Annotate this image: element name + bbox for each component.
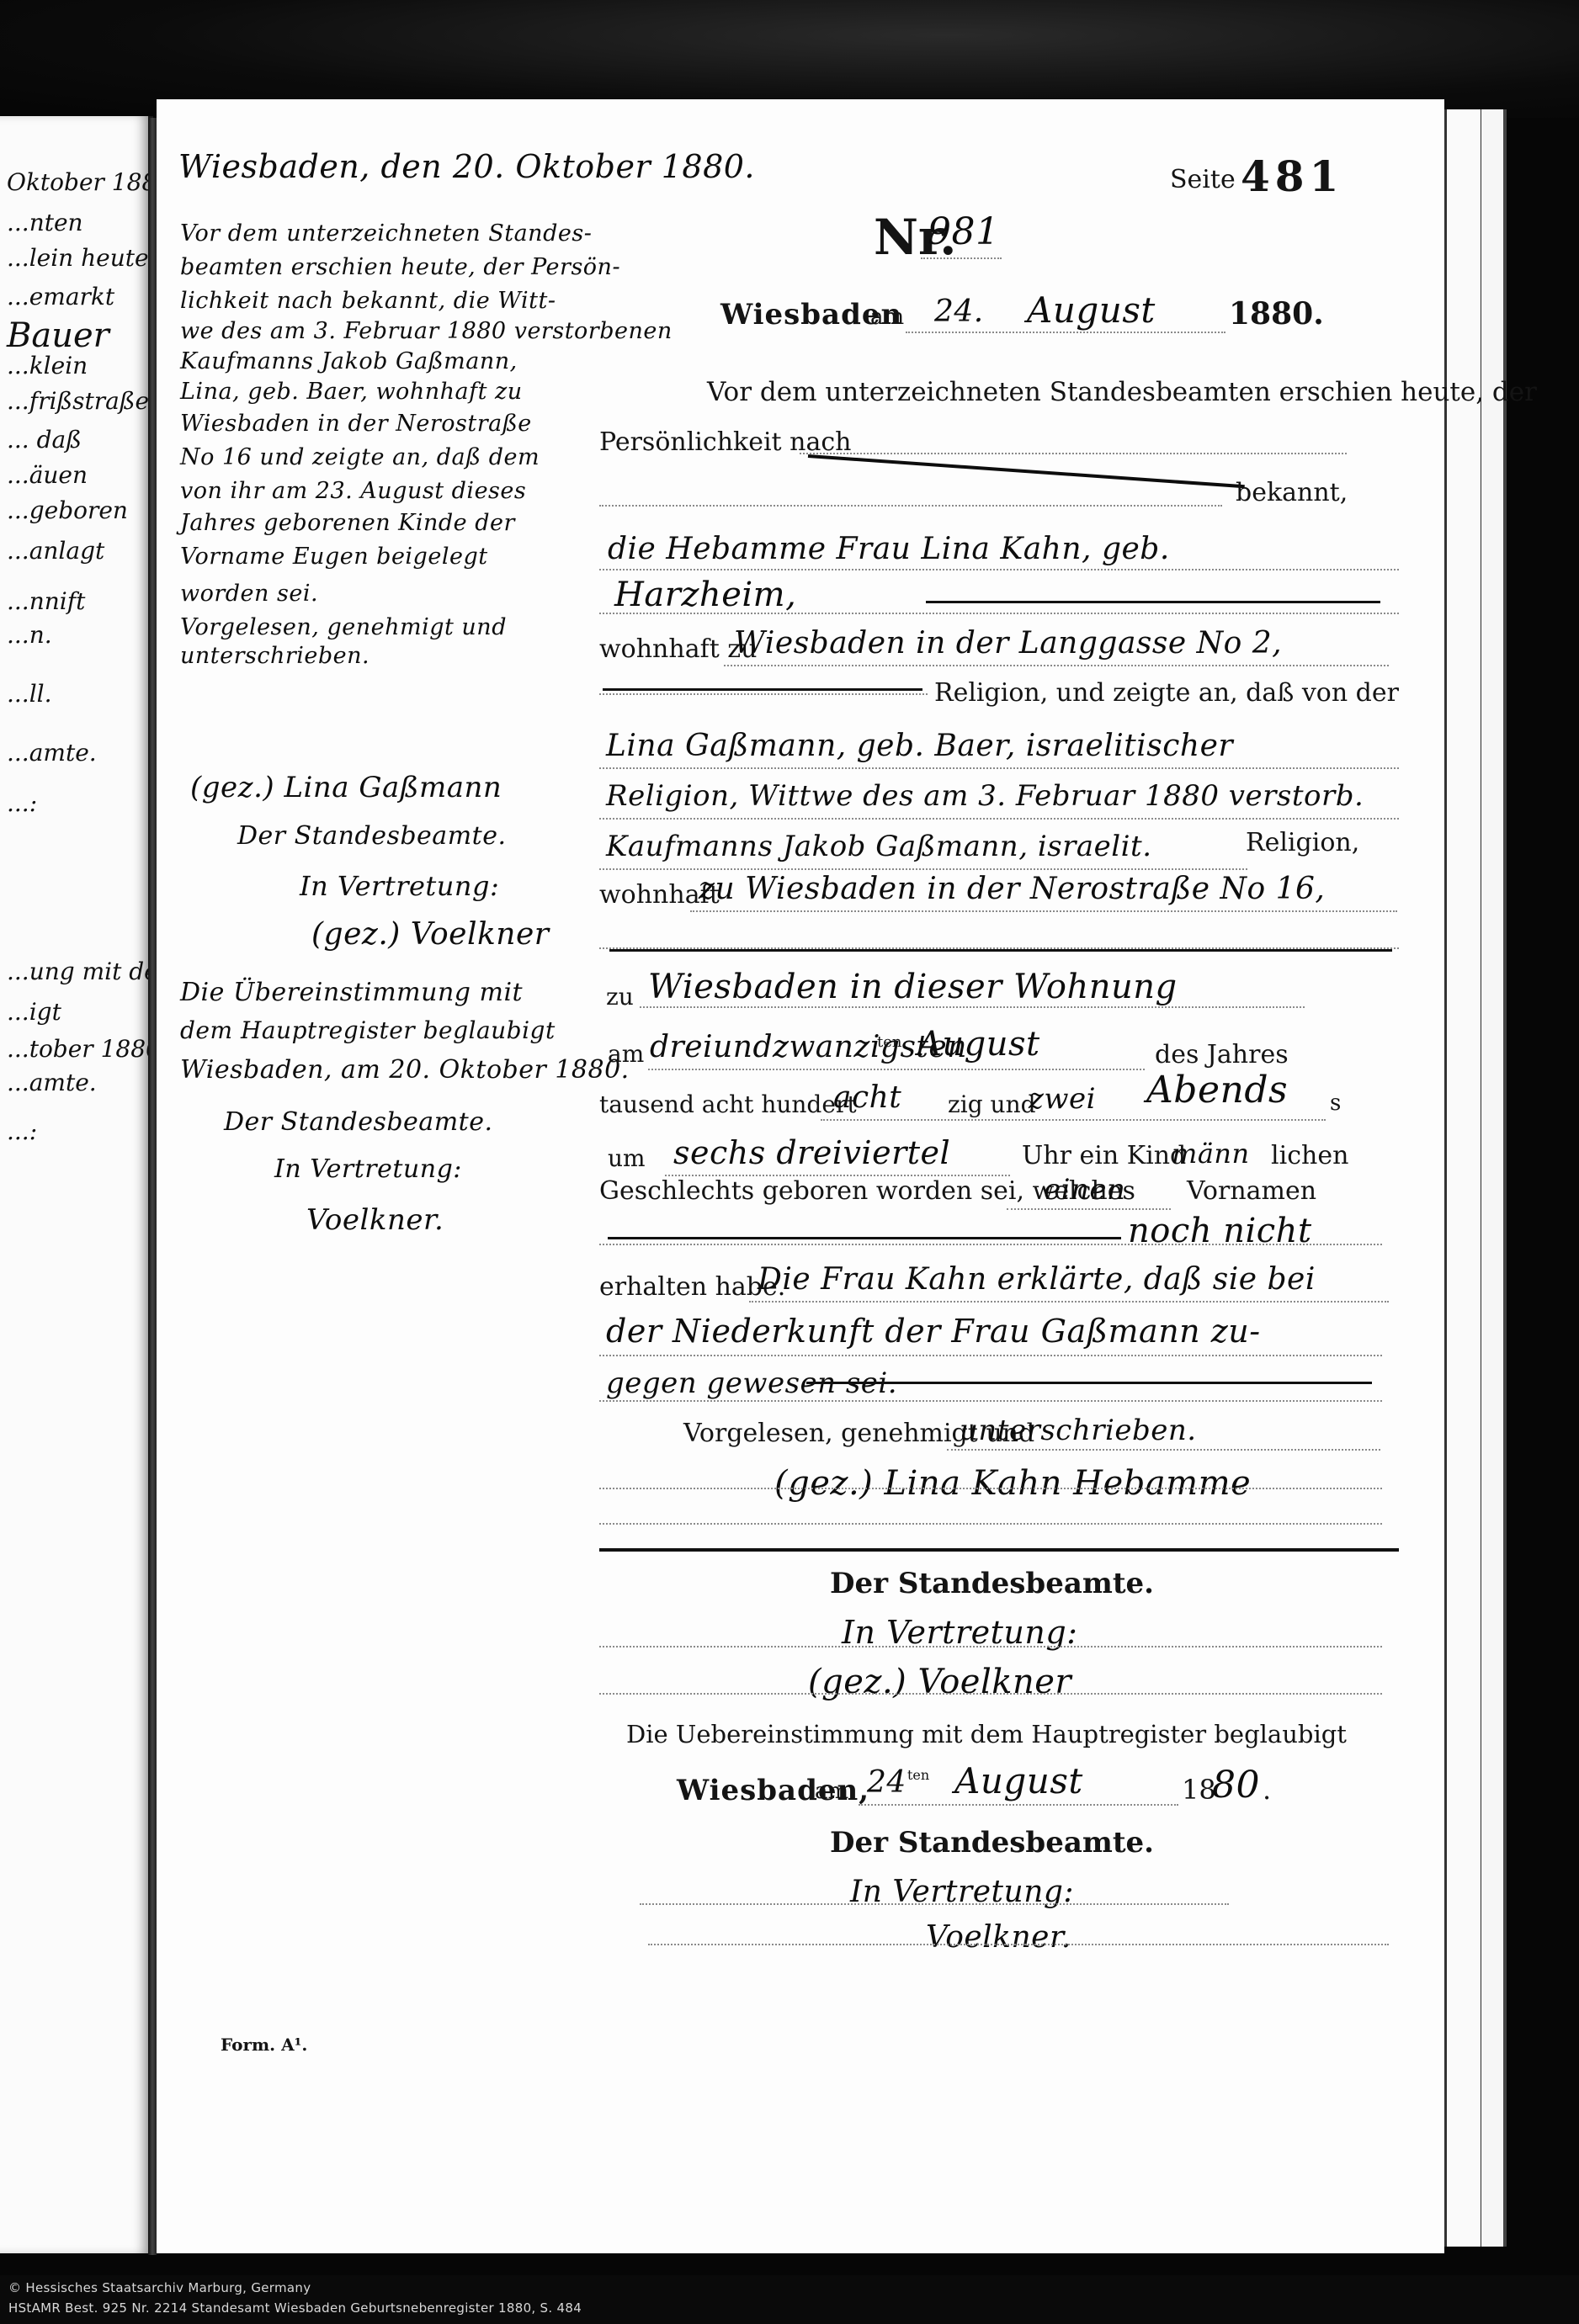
year-tens-word: acht (833, 1080, 901, 1115)
margin-note-signature-official: (gez.) Voelkner (311, 917, 550, 952)
book-gutter (148, 118, 157, 2255)
margin-note-line: Jahres geborenen Kinde der (180, 510, 515, 536)
left-page-fragment: ...: (7, 1117, 37, 1145)
margin-note-line: Vor dem unterzeichneten Standes- (180, 220, 592, 247)
margin-note-cert-line: dem Hauptregister beglaubigt (180, 1016, 556, 1044)
certification-date-rule (859, 1804, 1178, 1806)
official-signature: (gez.) Voelkner (808, 1663, 1071, 1701)
margin-note-cert-signature: Voelkner. (306, 1203, 444, 1237)
persoenlichkeit-line (800, 453, 1347, 454)
left-page-fragment: ...äuen (7, 461, 88, 489)
vornamen-value: einen (1044, 1173, 1125, 1207)
bekannt-line (599, 505, 1222, 507)
certification-year-dot: . (1263, 1774, 1271, 1806)
header-am: am (870, 305, 904, 330)
left-page-fragment: ...nten (7, 209, 83, 236)
birth-day-rule (648, 1069, 1145, 1070)
uhr-kind-label: Uhr ein Kind (1022, 1141, 1186, 1170)
tausend-label: tausend acht hundert (599, 1090, 857, 1118)
birth-month: August (917, 1025, 1040, 1064)
name-blank-strike (608, 1237, 1121, 1239)
left-page-fragment: ...igt (7, 998, 61, 1026)
archive-footer: © Hessisches Staatsarchiv Marburg, Germa… (0, 2275, 1579, 2324)
certification-month: August (954, 1760, 1083, 1801)
remark-line3-strike (806, 1382, 1372, 1384)
margin-note-line: Kaufmanns Jakob Gaßmann, (180, 348, 518, 374)
left-page-fragment: ...klein (7, 352, 88, 379)
left-page-fragment: Bauer (7, 316, 109, 355)
margin-note-line: No 16 und zeigte an, daß dem (180, 444, 540, 470)
informant-religion-strike (603, 688, 922, 691)
vornamen-rule (1007, 1208, 1171, 1210)
form-id: Form. A¹. (221, 2035, 307, 2055)
informant-line1 (599, 569, 1399, 570)
margin-note-cert-line: Die Übereinstimmung mit (180, 978, 523, 1007)
official-rule2 (599, 1693, 1382, 1695)
year-rule (821, 1119, 1326, 1121)
footer-reference: HStAMR Best. 925 Nr. 2214 Standesamt Wie… (8, 2300, 582, 2316)
margin-note-signature-informant: (gez.) Lina Gaßmann (190, 771, 502, 804)
birth-place: Wiesbaden in dieser Wohnung (648, 968, 1178, 1006)
certification-official-title: Der Standesbeamte. (830, 1826, 1154, 1860)
left-page-fragment: Oktober 1880 (7, 168, 172, 196)
mother-line1-rule (599, 767, 1399, 769)
left-page-fragment: ...emarkt (7, 283, 114, 310)
record-number-line (921, 257, 1002, 259)
um-label: um (608, 1144, 646, 1172)
mother-line3: Kaufmanns Jakob Gaßmann, israelit. (606, 830, 1152, 863)
informant-residence-line (724, 665, 1389, 666)
page-label: Seite (1170, 165, 1236, 194)
left-page-fragment: ...tober 1880. (7, 1035, 168, 1063)
margin-note-cert-date: Wiesbaden, am 20. Oktober 1880. (180, 1055, 630, 1085)
signature-rule2 (599, 1523, 1382, 1525)
intro-text: Vor dem unterzeichneten Standesbeamten e… (707, 377, 1537, 407)
left-page-fragment: ...amte. (7, 1069, 97, 1096)
vorgelesen-rule (947, 1449, 1380, 1451)
margin-note-line: Vorgelesen, genehmigt und (180, 614, 507, 640)
certification-statement: Die Uebereinstimmung mit dem Hauptregist… (626, 1720, 1347, 1748)
margin-note-line: unterschrieben. (180, 643, 369, 669)
certification-rule2 (648, 1944, 1389, 1945)
birth-place-rule (640, 1006, 1305, 1008)
margin-note-official-title: Der Standesbeamte. (237, 821, 507, 851)
unterschrieben: unterschrieben. (960, 1414, 1197, 1447)
page-stack-edge-outer (1481, 109, 1507, 2247)
header-date-line (906, 332, 1225, 333)
ten-suffix: ten (877, 1033, 901, 1051)
official-rule1 (599, 1646, 1382, 1647)
margin-note-line: we des am 3. Februar 1880 verstorbenen (180, 318, 673, 344)
remark-rule3 (599, 1400, 1382, 1402)
mother-line1: Lina Gaßmann, geb. Baer, israelitischer (606, 729, 1233, 763)
certification-ten: ten (907, 1767, 929, 1783)
page-number: 481 (1241, 151, 1343, 201)
certification-day: 24 (867, 1765, 906, 1800)
signature-rule1 (599, 1488, 1382, 1489)
margin-note-line: Lina, geb. Baer, wohnhaft zu (180, 379, 523, 405)
am-label: am (608, 1040, 644, 1068)
margin-note-line: Vorname Eugen beigelegt (180, 544, 488, 570)
blank-line-strike (609, 949, 1392, 952)
left-page-fragment: ...ll. (7, 680, 52, 708)
birth-time: sechs dreiviertel (673, 1134, 950, 1171)
remark-rule1 (749, 1301, 1389, 1303)
informant-religion-line (599, 693, 928, 695)
des-jahres-label: des Jahres (1155, 1040, 1289, 1069)
header-day: 24. (934, 294, 984, 329)
left-page: Oktober 1880...nten...lein heute...emark… (0, 116, 153, 2253)
zu-label: zu (606, 983, 634, 1011)
informant-signature: (gez.) Lina Kahn Hebamme (774, 1464, 1251, 1503)
religion-tail-text: Religion, und zeigte an, daß von der (934, 678, 1399, 708)
header-year: 1880. (1229, 296, 1324, 332)
left-page-fragment: ... daß (7, 426, 82, 454)
left-page-fragment: ...anlagt (7, 537, 104, 565)
left-page-fragment: ...geboren (7, 496, 128, 524)
footer-copyright: © Hessisches Staatsarchiv Marburg, Germa… (8, 2280, 311, 2295)
zig-und-label: zig und (948, 1090, 1036, 1118)
margin-note-cert-title: Der Standesbeamte. (224, 1107, 493, 1137)
left-page-fragment: ...nnift (7, 587, 85, 615)
official-title: Der Standesbeamte. (830, 1567, 1154, 1600)
margin-note-line: von ihr am 23. August dieses (180, 478, 526, 504)
child-sex: männ (1172, 1138, 1250, 1170)
margin-note-line: worden sei. (180, 581, 318, 607)
left-page-fragment: ...: (7, 789, 37, 817)
form-separator (599, 1548, 1399, 1552)
mother-line2-rule (599, 818, 1399, 820)
page-stack-edge (1444, 109, 1485, 2247)
informant-name-line1: die Hebamme Frau Lina Kahn, geb. (608, 532, 1170, 566)
informant-residence: Wiesbaden in der Langgasse No 2, (734, 626, 1282, 661)
certification-year-print: 18 (1182, 1774, 1216, 1806)
time-of-day: Abends (1146, 1069, 1288, 1112)
lichen-label: lichen (1271, 1141, 1348, 1170)
margin-note-line: lichkeit nach bekannt, die Witt- (180, 288, 556, 314)
vornamen-label: Vornamen (1187, 1176, 1316, 1206)
certification-rule1 (640, 1903, 1229, 1905)
header-month: August (1027, 289, 1156, 331)
remark-line1: Die Frau Kahn erklärte, daß sie bei (758, 1262, 1316, 1297)
informant-line2 (599, 613, 1399, 614)
informant-name-line2: Harzheim, (614, 576, 796, 614)
left-page-fragment: ...frißstraße (7, 387, 149, 415)
left-page-fragment: ...amte. (7, 739, 97, 767)
noch-nicht: noch nicht (1128, 1212, 1312, 1250)
time-of-day-suffix: s (1330, 1090, 1341, 1116)
margin-note-line: beamten erschien heute, der Persön- (180, 254, 620, 280)
year-unit-word: zwei (1029, 1082, 1096, 1116)
certification-signature: Voelkner. (926, 1920, 1071, 1955)
certification-am: am (815, 1779, 848, 1804)
mother-religion-label: Religion, (1246, 828, 1359, 857)
margin-note-cert-deputy: In Vertretung: (274, 1154, 462, 1184)
remark-rule2 (599, 1355, 1382, 1356)
record-number: 981 (928, 210, 999, 253)
mother-line2: Religion, Wittwe des am 3. Februar 1880 … (606, 779, 1364, 813)
mother-line3-rule (599, 868, 1247, 870)
remark-line2: der Niederkunft der Frau Gaßmann zu- (606, 1313, 1261, 1350)
left-page-fragment: ...n. (7, 621, 52, 649)
margin-note-deputy: In Vertretung: (300, 870, 499, 902)
margin-note-date: Wiesbaden, den 20. Oktober 1880. (178, 148, 755, 185)
left-page-fragment: ...lein heute (7, 244, 149, 272)
mother-residence-rule (690, 910, 1397, 912)
certification-year-hand: 80 (1212, 1764, 1260, 1807)
margin-note-line: Wiesbaden in der Nerostraße (180, 411, 532, 437)
mother-residence: zu Wiesbaden in der Nerostraße No 16, (699, 872, 1325, 906)
informant-line2-strike (926, 601, 1380, 603)
bekannt-label: bekannt, (1236, 478, 1348, 507)
